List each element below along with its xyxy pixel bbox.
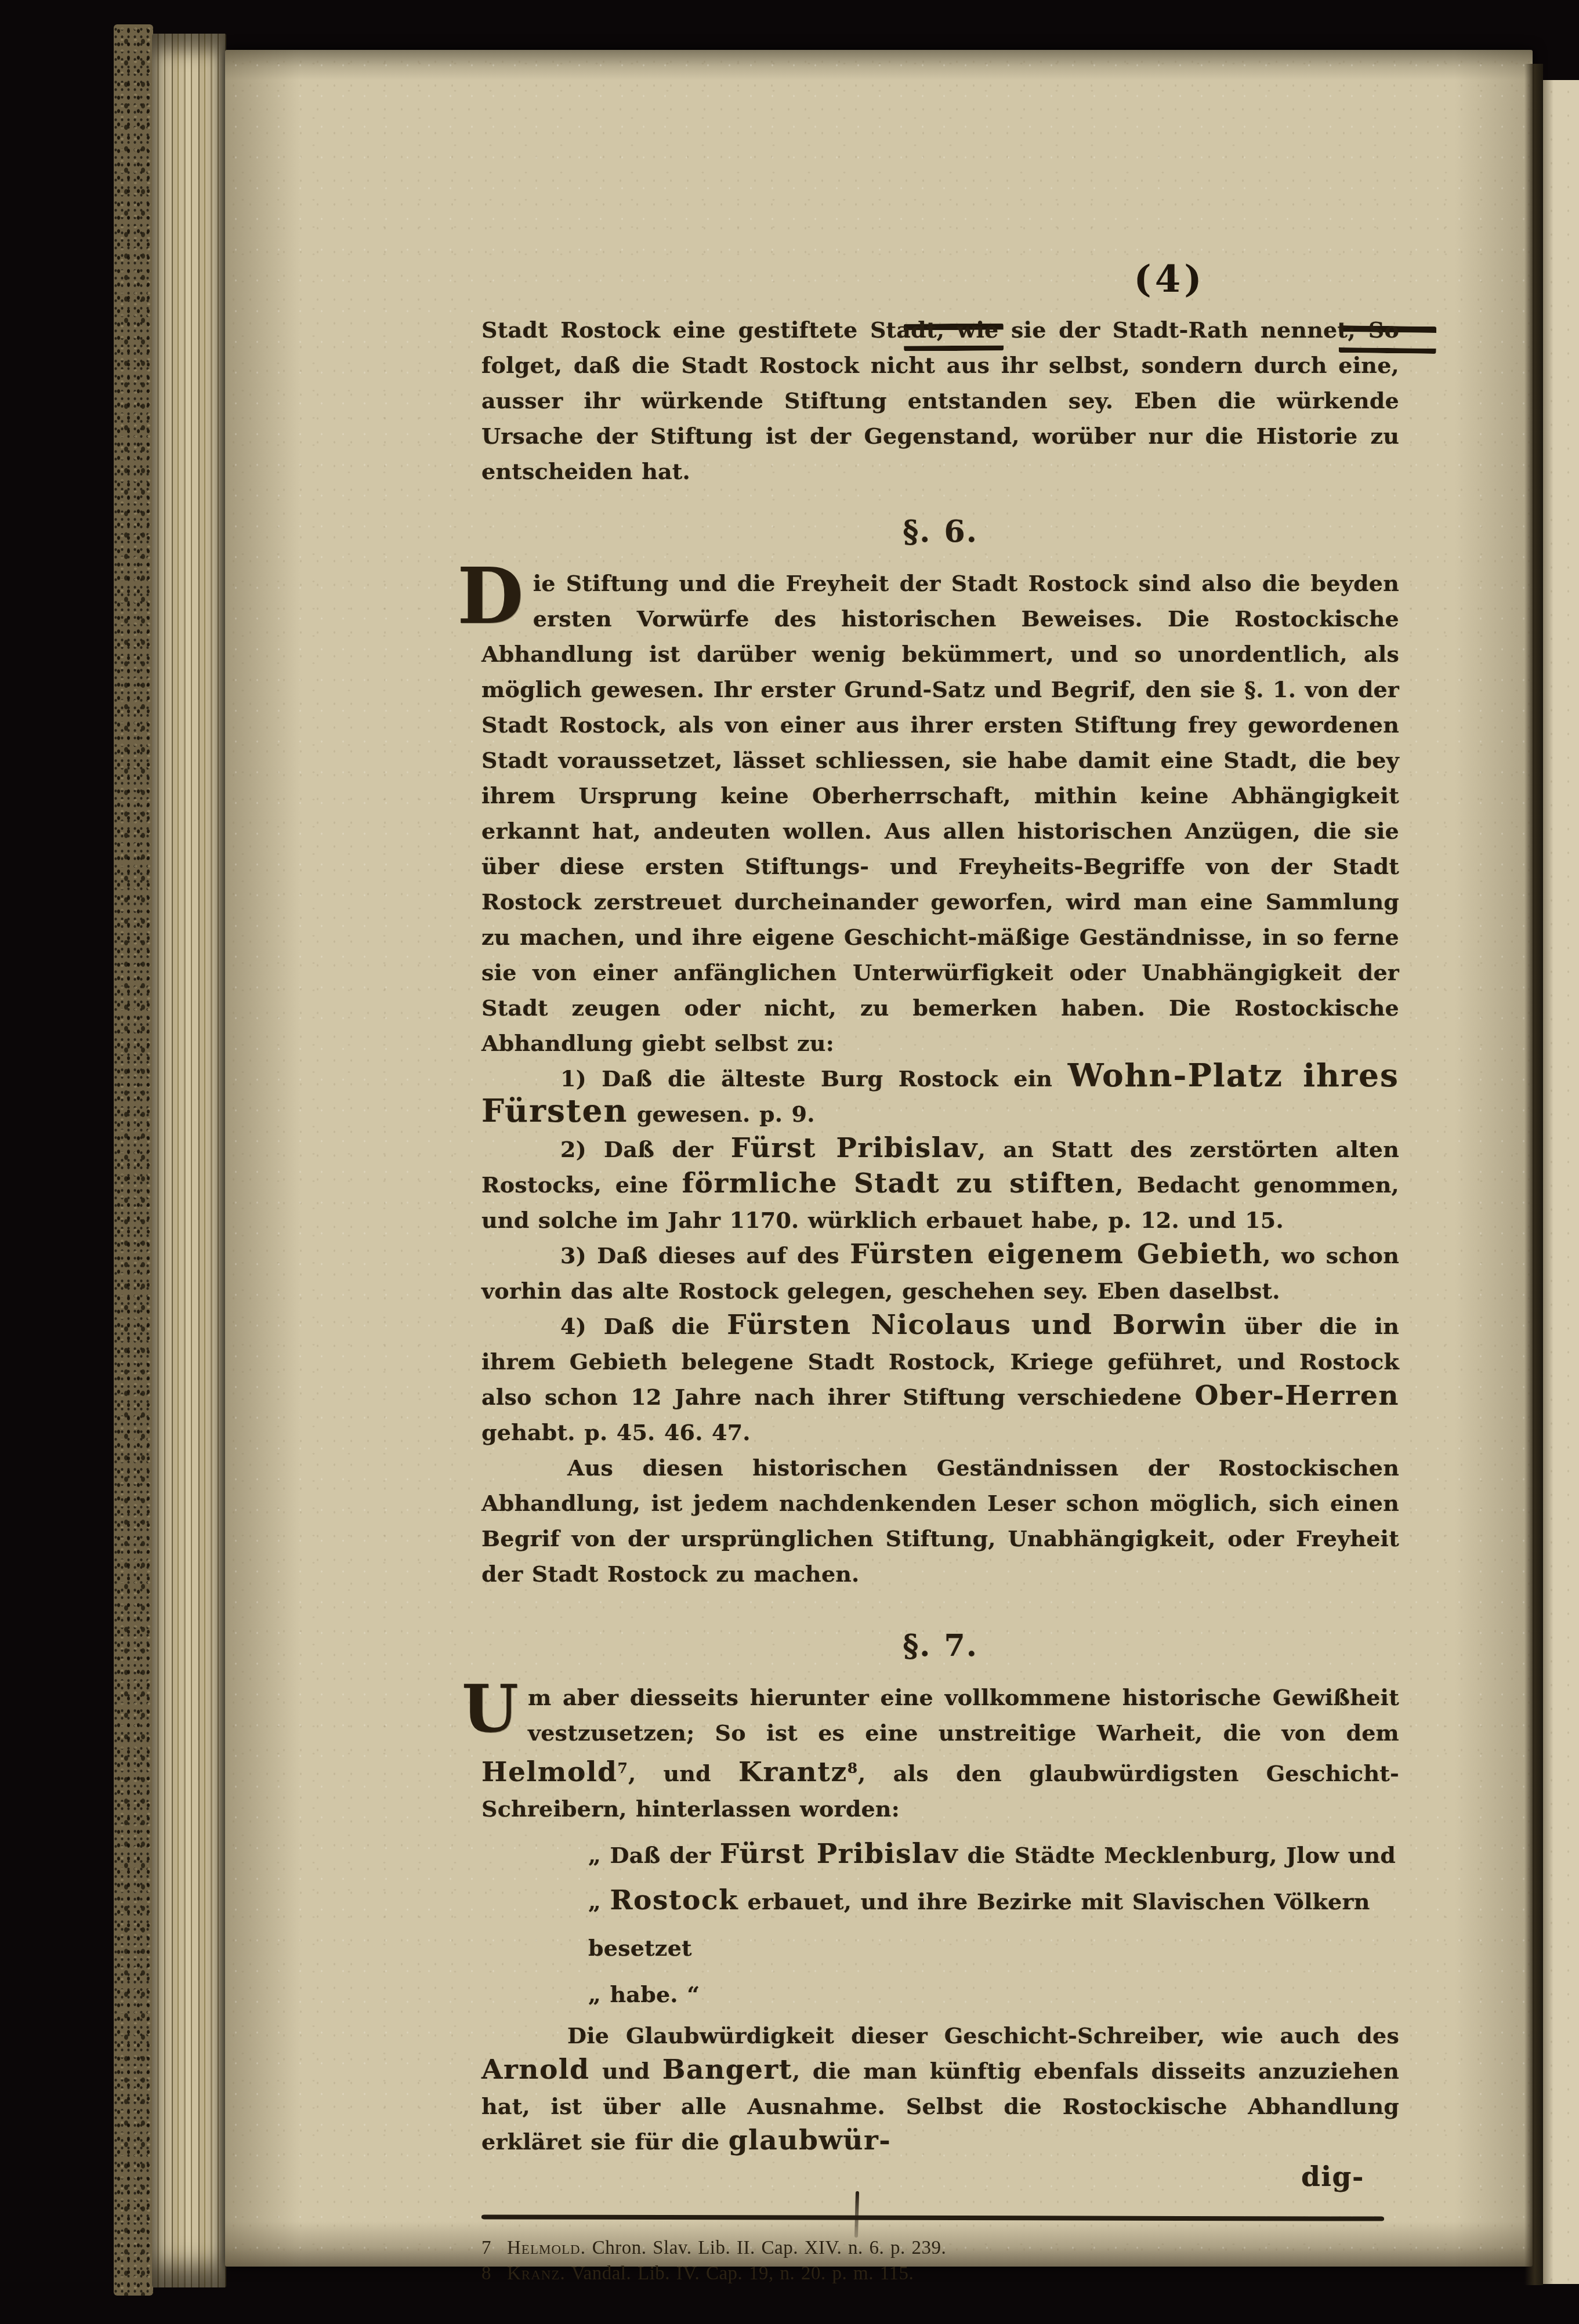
footnote-marker-7: 7 [617, 1760, 628, 1776]
quote-line-1: „ Daß der Fürst Pribislav die Städte Mec… [588, 1832, 1399, 1879]
emphasized-text: förmliche Stadt zu stiften [682, 1168, 1116, 1199]
emphasized-text: Rostock [610, 1884, 739, 1916]
drop-cap-initial: U [462, 1683, 519, 1735]
paragraph-text: , und [628, 1760, 738, 1786]
emphasized-text: Ober-Herren [1195, 1380, 1399, 1412]
paragraph-text: ie Stiftung und die Freyheit der Stadt R… [481, 570, 1399, 1056]
catchword-text: dig- [1301, 2161, 1364, 2193]
paragraph-text: und [589, 2058, 662, 2084]
section-7-heading: §. 7. [481, 1629, 1399, 1663]
quote-line-2: „ Rostock erbauet, und ihre Bezirke mit … [588, 1879, 1399, 1971]
quote-mark: „ [588, 1981, 601, 2007]
quote-text: die Städte Mecklenburg, Jlow und [958, 1842, 1396, 1868]
paragraph-text: Die Glaubwürdigkeit dieser Geschicht-Sch… [567, 2022, 1399, 2049]
book-page: (4) Stadt Rostock eine gestiftete Stadt,… [225, 50, 1533, 2267]
item-text: 2) Daß der [560, 1136, 731, 1162]
emphasized-text: Fürsten Nicolaus und Borwin [727, 1309, 1227, 1341]
emphasized-text: Krantz [738, 1756, 848, 1788]
section-6-paragraph-1: Die Stiftung und die Freyheit der Stadt … [481, 565, 1399, 1061]
catchword: dig- [481, 2160, 1399, 2196]
list-item-1: 1) Daß die älteste Burg Rostock ein Wohn… [481, 1061, 1399, 1132]
emphasized-text: Fürsten eigenem Gebieth [850, 1238, 1263, 1270]
emphasized-text: Fürst Pribislav [720, 1838, 958, 1870]
next-page-edge [1543, 80, 1579, 2284]
footnote-rule [481, 2214, 1384, 2221]
emphasized-text: Arnold [481, 2054, 589, 2086]
footnote-author: Helmold. [507, 2238, 586, 2258]
quote-text: habe. “ [601, 1981, 700, 2007]
footnotes: 7Helmold. Chron. Slav. Lib. II. Cap. XIV… [481, 2235, 1399, 2286]
footnote-7: 7Helmold. Chron. Slav. Lib. II. Cap. XIV… [481, 2235, 1399, 2261]
paragraph-text: m aber diesseits hierunter eine vollkomm… [528, 1684, 1399, 1746]
item-text: 3) Daß dieses auf des [560, 1242, 850, 1268]
section-7-paragraph-1: Um aber diesseits hierunter eine vollkom… [481, 1680, 1399, 1826]
footnote-marker-8: 8 [848, 1760, 858, 1776]
emphasized-text: Bangert [662, 2054, 792, 2086]
list-item-4: 4) Daß die Fürsten Nicolaus und Borwin ü… [481, 1308, 1399, 1450]
item-text: 1) Daß die älteste Burg Rostock ein [560, 1065, 1068, 1092]
list-item-2: 2) Daß der Fürst Pribislav, an Statt des… [481, 1132, 1399, 1238]
quote-mark: „ [588, 1842, 601, 1868]
footnote-number: 7 [481, 2235, 507, 2261]
emphasized-text: Fürst Pribislav [731, 1132, 978, 1164]
page-gap-shadow [1524, 64, 1543, 2285]
text-column: Stadt Rostock eine gestiftete Stadt, wie… [481, 312, 1399, 2286]
item-text: gehabt. p. 45. 46. 47. [481, 1419, 751, 1445]
book-cover-marbled-edge [114, 24, 153, 2296]
list-item-3: 3) Daß dieses auf des Fürsten eigenem Ge… [481, 1238, 1399, 1308]
quote-text [601, 1888, 610, 1915]
emphasized-text: glaubwür- [729, 2124, 892, 2156]
paragraph-continuation: Stadt Rostock eine gestiftete Stadt, wie… [481, 312, 1399, 489]
item-text: gewesen. p. 9. [628, 1101, 814, 1127]
left-page-edges [152, 34, 226, 2287]
footnote-number: 8 [481, 2261, 507, 2286]
section-6-paragraph-2: Aus diesen historischen Geständnissen de… [481, 1450, 1399, 1591]
footnote-reference: Chron. Slav. Lib. II. Cap. XIV. n. 6. p.… [586, 2238, 946, 2258]
footnote-author: Kranz. [507, 2263, 566, 2284]
drop-cap-initial: D [457, 569, 524, 625]
book-scan: (4) Stadt Rostock eine gestiftete Stadt,… [0, 0, 1579, 2324]
quote-text: Daß der [601, 1842, 720, 1868]
footnote-8: 8Kranz. Vandal. Lib. IV. Cap. 19, n. 20.… [481, 2261, 1399, 2286]
section-7-paragraph-2: Die Glaubwürdigkeit dieser Geschicht-Sch… [481, 2018, 1399, 2159]
emphasized-text: Helmold [481, 1756, 617, 1788]
item-text: 4) Daß die [560, 1313, 727, 1339]
section-6-heading: §. 6. [481, 514, 1399, 549]
block-quote: „ Daß der Fürst Pribislav die Städte Mec… [481, 1832, 1399, 2018]
quote-line-3: „ habe. “ [588, 1971, 1399, 2018]
page-number: (4) [908, 258, 1430, 301]
footnote-reference: Vandal. Lib. IV. Cap. 19, n. 20. p. m. 1… [566, 2263, 914, 2284]
quote-mark: „ [588, 1888, 601, 1915]
